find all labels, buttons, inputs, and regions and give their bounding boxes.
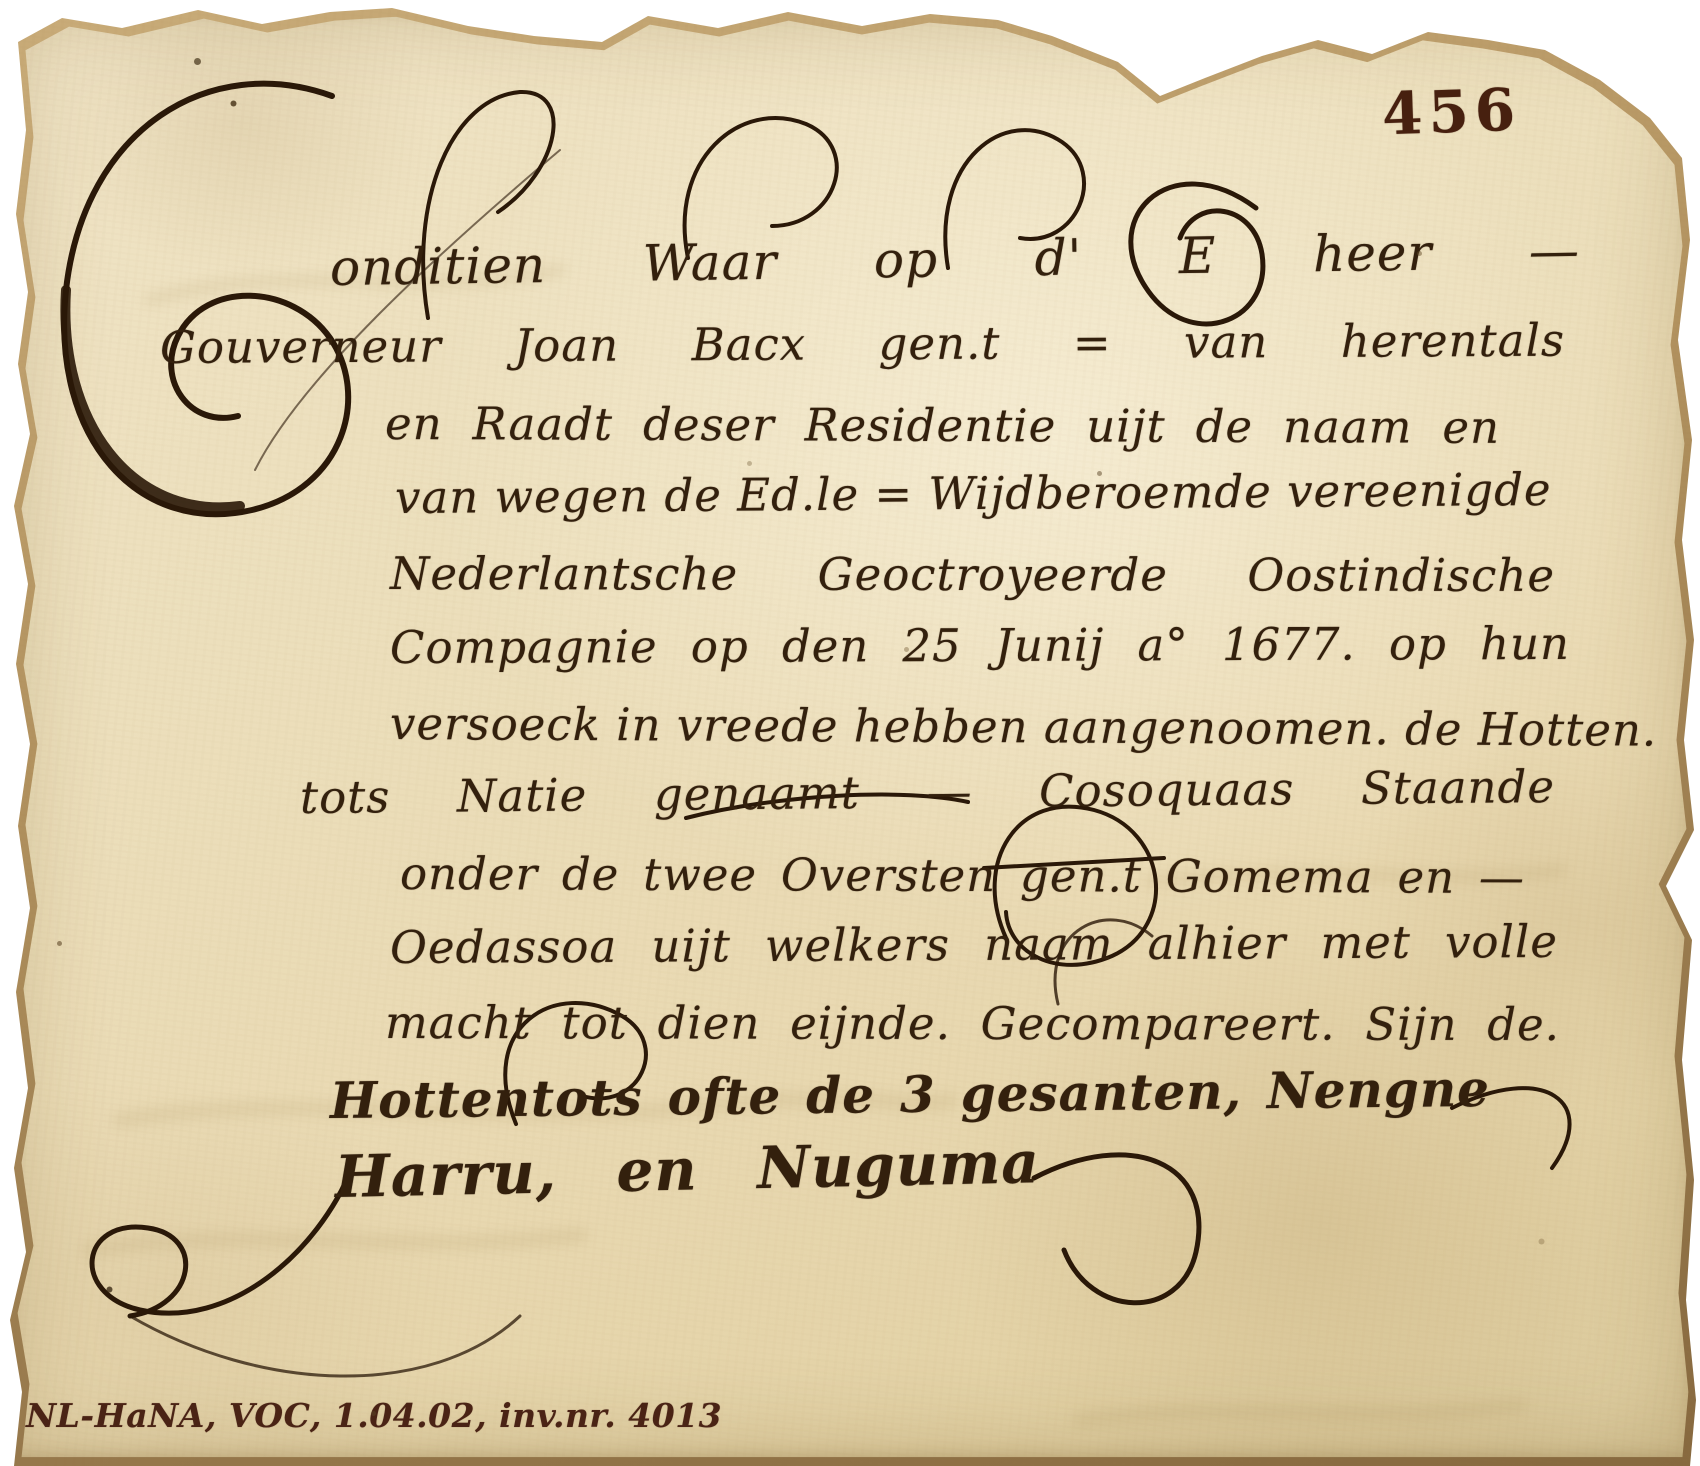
manuscript-line: Compagnie op den 25 Junij a° 1677. op hu… — [390, 618, 1570, 674]
scan-background: C 456 onditien Waar op d' E heer — Gouve… — [0, 0, 1700, 1466]
manuscript-line: Nederlantsche Geoctroyeerde Oostindische — [390, 548, 1555, 602]
manuscript-line: tots Natie genaamt — Cosoquaas Staande — [300, 761, 1555, 824]
manuscript-line: Gouverneur Joan Bacx gen.t = van herenta… — [160, 315, 1565, 374]
manuscript-line: Oedassoa uijt welkers naam alhier met vo… — [390, 916, 1558, 974]
manuscript-line: van wegen de Ed.le = Wijdberoemde vereen… — [395, 464, 1530, 524]
manuscript-line: en Raadt deser Residentie uijt de naam e… — [385, 398, 1500, 454]
page-number: 456 — [1381, 76, 1522, 149]
manuscript-line: Harru, en Nuguma — [334, 1129, 1040, 1210]
paper-specks — [0, 0, 3, 3]
manuscript-line: onditien Waar op d' E heer — — [330, 223, 1581, 298]
manuscript-line: macht tot dien eijnde. Gecompareert. Sij… — [385, 997, 1560, 1051]
drop-cap-initial: C — [84, 130, 314, 430]
archive-reference: NL-HaNA, VOC, 1.04.02, inv.nr. 4013 — [26, 1396, 722, 1435]
manuscript-line: onder de twee Oversten gen.t Gomema en — — [400, 848, 1525, 904]
manuscript-line: Hottentots ofte de 3 gesanten, Nengne — [330, 1060, 1491, 1130]
manuscript-line: versoeck in vreede hebben aangenoomen. d… — [390, 698, 1572, 756]
manuscript-page: C 456 onditien Waar op d' E heer — Gouve… — [0, 0, 1700, 1466]
